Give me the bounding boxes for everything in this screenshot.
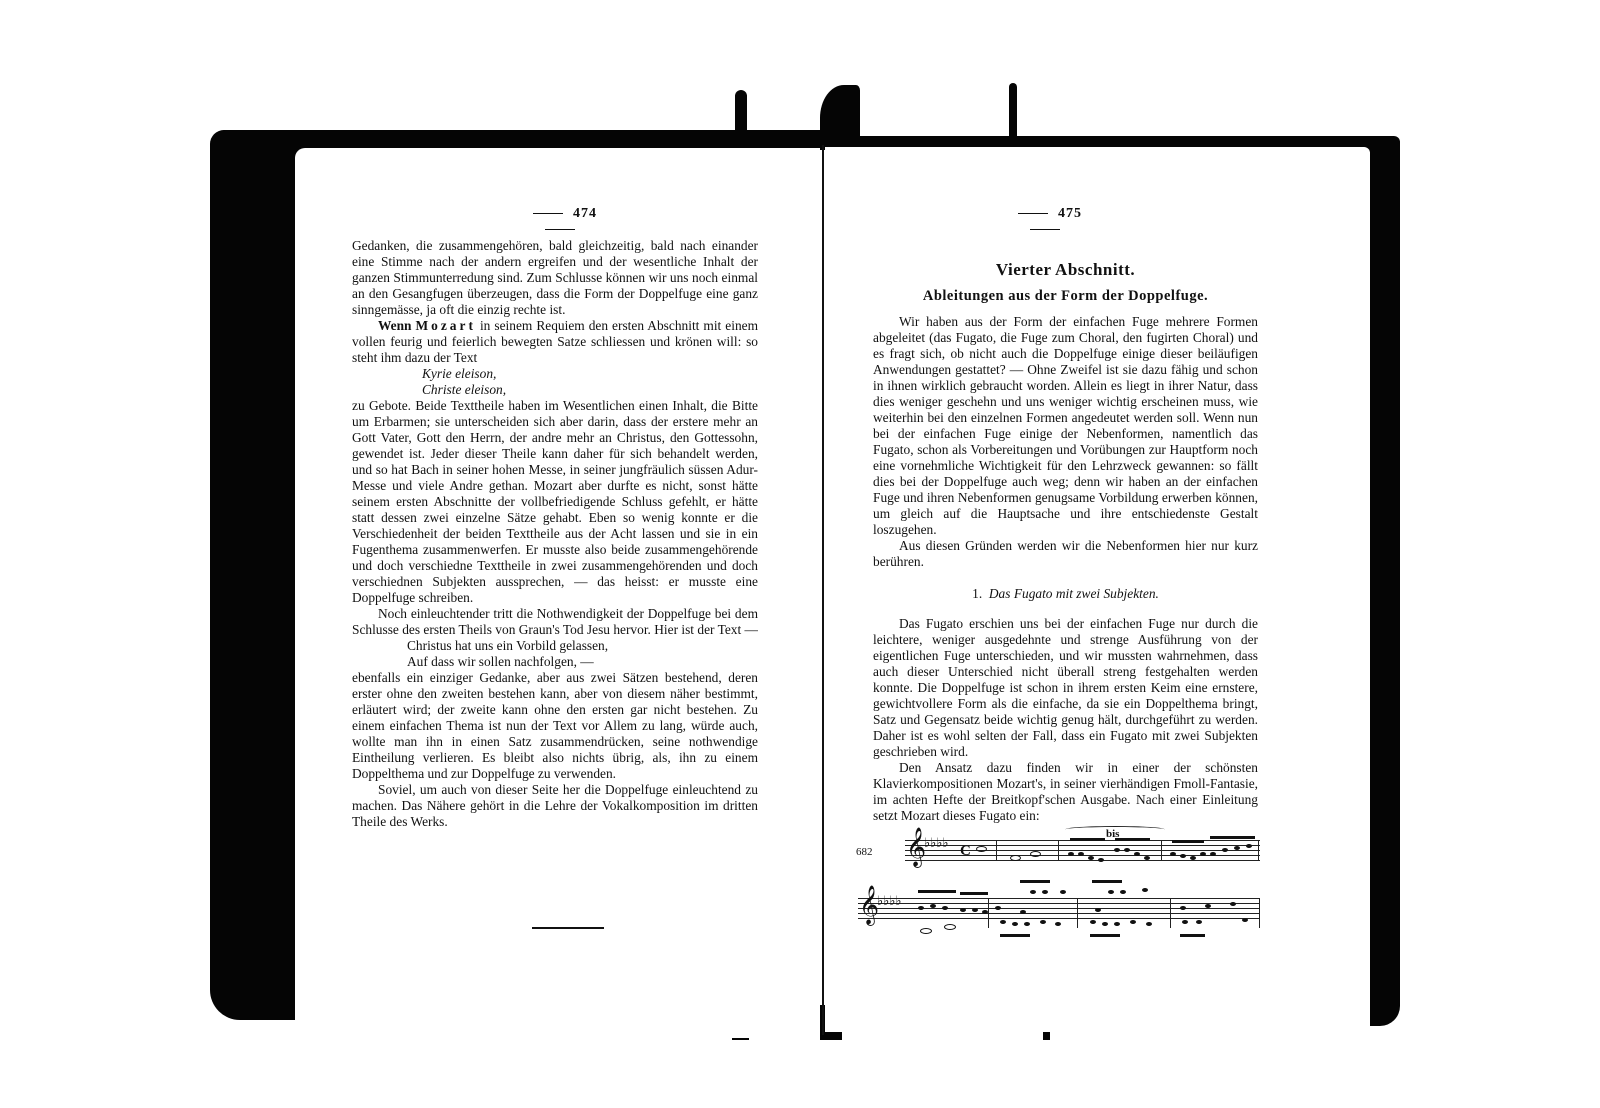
note (1234, 846, 1240, 850)
quote-line: Auf dass wir sollen nachfolgen, — (352, 654, 758, 670)
subsection-number: 1. (972, 586, 982, 601)
note (1114, 922, 1120, 926)
note (1098, 858, 1104, 862)
beam (1092, 880, 1122, 883)
note (1024, 922, 1030, 926)
barline (996, 840, 997, 860)
barline (1077, 898, 1078, 928)
composer-name: Mozart (416, 318, 476, 333)
folio-number: 474 (573, 206, 597, 221)
beam (1000, 934, 1030, 937)
note (995, 906, 1001, 910)
subsection-title: Das Fugato mit zwei Subjekten. (989, 586, 1159, 601)
beam (1070, 838, 1105, 841)
note (976, 846, 987, 852)
spine-tab (1009, 83, 1017, 138)
barline (1161, 840, 1162, 860)
time-signature: C (960, 843, 971, 860)
barline (1058, 840, 1059, 860)
spine-tab (820, 85, 860, 140)
paragraph: ebenfalls ein einziger Gedanke, aber aus… (352, 670, 758, 782)
spine-tab (735, 90, 747, 138)
note (918, 906, 924, 910)
note (960, 908, 966, 912)
note (1142, 888, 1148, 892)
note (1108, 890, 1114, 894)
section-title: Vierter Abschnitt. (873, 262, 1258, 278)
note (972, 908, 978, 912)
note (1134, 852, 1140, 856)
end-rule (532, 927, 604, 929)
beam (1090, 934, 1120, 937)
note (1010, 855, 1021, 861)
folio-number: 475 (1058, 206, 1082, 221)
note (1068, 852, 1074, 856)
barline (988, 898, 989, 928)
note (982, 910, 988, 914)
note (1210, 852, 1216, 856)
beam (1180, 934, 1205, 937)
note (1180, 854, 1186, 858)
note (1078, 852, 1084, 856)
barline (1259, 898, 1260, 928)
note (1182, 920, 1188, 924)
note (1130, 920, 1136, 924)
paragraph: Wir haben aus der Form der einfachen Fug… (873, 314, 1258, 538)
note (930, 904, 936, 908)
barline (1258, 840, 1259, 860)
note (1196, 920, 1202, 924)
beam (1210, 836, 1255, 839)
note (1180, 906, 1186, 910)
note (1190, 856, 1196, 860)
note (1030, 890, 1036, 894)
beam (1020, 880, 1050, 883)
note (1114, 848, 1120, 852)
paragraph: Noch einleuchtender tritt die Nothwendig… (352, 606, 758, 638)
note (1205, 904, 1211, 908)
note (1055, 922, 1061, 926)
note (1120, 890, 1126, 894)
note (1222, 848, 1228, 852)
note (1012, 922, 1018, 926)
beam (918, 890, 956, 893)
slur (1065, 826, 1165, 833)
note (1088, 856, 1094, 860)
example-number: 682 (856, 846, 873, 858)
paragraph: Gedanken, die zusammengehören, bald glei… (352, 238, 758, 318)
left-page-body: Gedanken, die zusammengehören, bald glei… (352, 238, 758, 830)
flat-icon: ♭♭♭♭ (924, 836, 949, 851)
paragraph: Wenn Mozart in seinem Requiem den ersten… (352, 318, 758, 366)
note (1124, 848, 1130, 852)
note (1146, 922, 1152, 926)
note (1060, 890, 1066, 894)
note (1200, 852, 1206, 856)
top-book-edge-left (215, 130, 825, 150)
paragraph-text: in seinem Requiem den ersten Abschnitt m… (352, 318, 758, 365)
note (1242, 918, 1248, 922)
note (1020, 910, 1026, 914)
paragraph: zu Gebote. Beide Texttheile haben im Wes… (352, 398, 758, 606)
note (1040, 920, 1046, 924)
flat-icon: ♭♭♭♭ (877, 894, 902, 909)
note (1102, 922, 1108, 926)
note (1000, 920, 1006, 924)
note (1095, 908, 1101, 912)
note (1030, 851, 1041, 857)
book-scan: 474 Gedanken, die zusammengehören, bald … (0, 0, 1600, 1108)
left-page-number: 474 (500, 206, 620, 238)
note (1042, 890, 1048, 894)
section-subtitle: Ableitungen aus der Form der Doppelfuge. (873, 288, 1258, 304)
beam (960, 892, 988, 895)
barline (1170, 898, 1171, 928)
note (1246, 844, 1252, 848)
paragraph: Aus diesen Gründen werden wir die Nebenf… (873, 538, 1258, 570)
note (1090, 920, 1096, 924)
subsection-heading: 1. Das Fugato mit zwei Subjekten. (873, 586, 1258, 602)
quote-line: Kyrie eleison, (352, 366, 758, 382)
note (1170, 852, 1176, 856)
right-page-body: Vierter Abschnitt. Ableitungen aus der F… (873, 262, 1258, 824)
quote-line: Christus hat uns ein Vorbild gelassen, (352, 638, 758, 654)
paragraph: Das Fugato erschien uns bei der einfache… (873, 616, 1258, 760)
quote-line: Christe eleison, (352, 382, 758, 398)
left-book-edge (210, 130, 300, 1020)
beam (1115, 838, 1150, 841)
note (920, 928, 932, 934)
note (944, 924, 956, 930)
beam (1172, 840, 1204, 843)
lead-word: Wenn (378, 318, 412, 333)
gutter (822, 145, 824, 1035)
note (1230, 902, 1236, 906)
paragraph: Den Ansatz dazu finden wir in einer der … (873, 760, 1258, 824)
note (942, 906, 948, 910)
note (1144, 856, 1150, 860)
paragraph: Soviel, um auch von dieser Seite her die… (352, 782, 758, 830)
right-page-number: 475 (985, 206, 1105, 238)
